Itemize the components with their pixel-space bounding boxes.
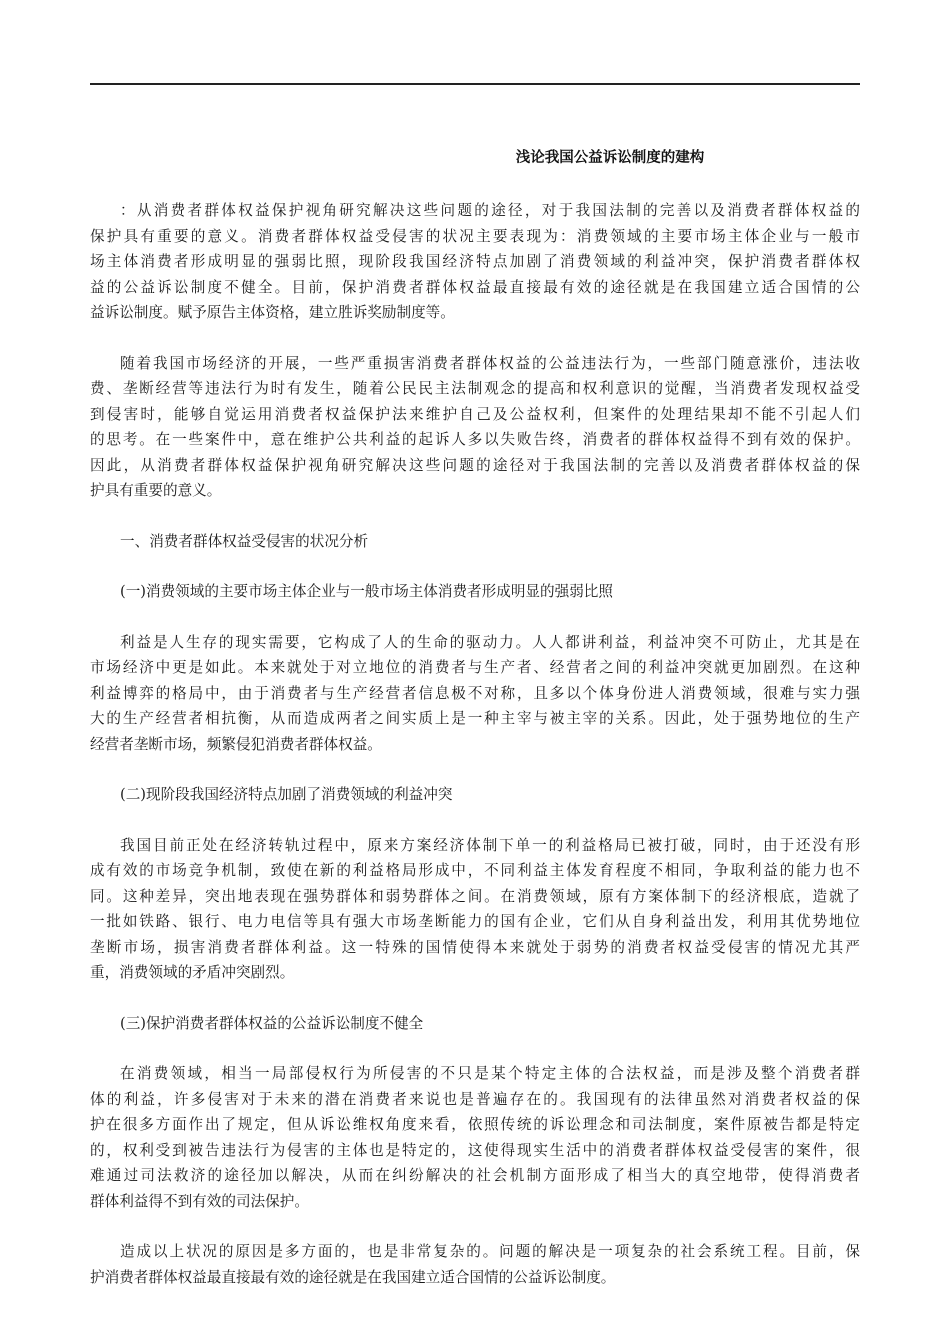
paragraph-abstract: ：从消费者群体权益保护视角研究解决这些问题的途径，对于我国法制的完善以及消费者群… xyxy=(90,198,860,326)
text-line: 大的生产经营者相抗衡，从而造成两者之间实质上是一种主宰与被主宰的关系。因此，处于… xyxy=(90,706,860,732)
text-line: 护消费者群体权益最直接最有效的途径就是在我国建立适合国情的公益诉讼制度。 xyxy=(90,1265,860,1291)
paragraph-litigation: 在消费领域，相当一局部侵权行为所侵害的不只是某个特定主体的合法权益，而是涉及整个… xyxy=(90,1061,860,1214)
text-line: 场主体消费者形成明显的强弱比照，现阶段我国经济特点加剧了消费领域的利益冲突，保护… xyxy=(90,249,860,275)
text-line: 随着我国市场经济的开展，一些严重损害消费者群体权益的公益违法行为，一些部门随意涨… xyxy=(90,351,860,377)
text-line: 保护具有重要的意义。消费者群体权益受侵害的状况主要表现为：消费领域的主要市场主体… xyxy=(90,224,860,250)
text-line: 重，消费领域的矛盾冲突剧烈。 xyxy=(90,960,860,986)
text-line: 造成以上状况的原因是多方面的，也是非常复杂的。问题的解决是一项复杂的社会系统工程… xyxy=(90,1239,860,1265)
paragraph-interest: 利益是人生存的现实需要，它构成了人的生命的驱动力。人人都讲利益，利益冲突不可防止… xyxy=(90,630,860,758)
text-line: 群体利益得不到有效的司法保护。 xyxy=(90,1189,860,1215)
section-heading-1: 一、消费者群体权益受侵害的状况分析 xyxy=(90,529,860,555)
text-line: 利益是人生存的现实需要，它构成了人的生命的驱动力。人人都讲利益，利益冲突不可防止… xyxy=(90,630,860,656)
text-line: 垄断市场，损害消费者群体利益。这一特殊的国情使得本来就处于弱势的消费者权益受侵害… xyxy=(90,935,860,961)
text-line: 一批如铁路、银行、电力电信等具有强大市场垄断能力的国有企业，它们从自身利益出发，… xyxy=(90,909,860,935)
text-line: 护具有重要的意义。 xyxy=(90,478,860,504)
text-line: 难通过司法救济的途径加以解决，从而在纠纷解决的社会机制方面形成了相当大的真空地带… xyxy=(90,1163,860,1189)
header-rule xyxy=(90,83,860,85)
text-line: 成有效的市场竞争机制，致使在新的利益格局形成中，不同利益主体发育程度不相同，争取… xyxy=(90,858,860,884)
paragraph-economy: 我国目前正处在经济转轨过程中，原来方案经济体制下单一的利益格局已被打破，同时，由… xyxy=(90,833,860,986)
subsection-heading-2: (二)现阶段我国经济特点加剧了消费领域的利益冲突 xyxy=(90,782,860,808)
text-line: 益诉讼制度。赋予原告主体资格，建立胜诉奖励制度等。 xyxy=(90,300,860,326)
text-line: 的，权利受到被告违法行为侵害的主体也是特定的，这使得现实生活中的消费者群体权益受… xyxy=(90,1138,860,1164)
text-line: 市场经济中更是如此。本来就处于对立地位的消费者与生产者、经营者之间的利益冲突就更… xyxy=(90,655,860,681)
paragraph-conclusion: 造成以上状况的原因是多方面的，也是非常复杂的。问题的解决是一项复杂的社会系统工程… xyxy=(90,1239,860,1290)
text-line: ：从消费者群体权益保护视角研究解决这些问题的途径，对于我国法制的完善以及消费者群… xyxy=(90,198,860,224)
text-line: 因此，从消费者群体权益保护视角研究解决这些问题的途径对于我国法制的完善以及消费者… xyxy=(90,453,860,479)
text-line: 护在很多方面作出了规定，但从诉讼维权角度来看，依照传统的诉讼理念和司法制度，案件… xyxy=(90,1112,860,1138)
text-line: 我国目前正处在经济转轨过程中，原来方案经济体制下单一的利益格局已被打破，同时，由… xyxy=(90,833,860,859)
text-line: 同。这种差异，突出地表现在强势群体和弱势群体之间。在消费领域，原有方案体制下的经… xyxy=(90,884,860,910)
text-line: 的思考。在一些案件中，意在维护公共利益的起诉人多以失败告终，消费者的群体权益得不… xyxy=(90,427,860,453)
text-line: 费、垄断经营等违法行为时有发生，随着公民民主法制观念的提高和权利意识的觉醒，当消… xyxy=(90,376,860,402)
text-line: 到侵害时，能够自觉运用消费者权益保护法来维护自己及公益权利，但案件的处理结果却不… xyxy=(90,402,860,428)
text-line: 体的利益，许多侵害对于未来的潜在消费者来说也是普遍存在的。我国现有的法律虽然对消… xyxy=(90,1087,860,1113)
text-line: 益的公益诉讼制度不健全。目前，保护消费者群体权益最直接最有效的途径就是在我国建立… xyxy=(90,275,860,301)
text-line: 经营者垄断市场，频繁侵犯消费者群体权益。 xyxy=(90,732,860,758)
paragraph-intro: 随着我国市场经济的开展，一些严重损害消费者群体权益的公益违法行为，一些部门随意涨… xyxy=(90,351,860,504)
document-body: ：从消费者群体权益保护视角研究解决这些问题的途径，对于我国法制的完善以及消费者群… xyxy=(90,198,860,1290)
text-line: 利益博弈的格局中，由于消费者与生产经营者信息极不对称，且多以个体身份进人消费领域… xyxy=(90,681,860,707)
text-line: 在消费领域，相当一局部侵权行为所侵害的不只是某个特定主体的合法权益，而是涉及整个… xyxy=(90,1061,860,1087)
subsection-heading-3: (三)保护消费者群体权益的公益诉讼制度不健全 xyxy=(90,1011,860,1037)
subsection-heading-1: (一)消费领域的主要市场主体企业与一般市场主体消费者形成明显的强弱比照 xyxy=(90,579,860,605)
document-title: 浅论我国公益诉讼制度的建构 xyxy=(360,146,860,167)
